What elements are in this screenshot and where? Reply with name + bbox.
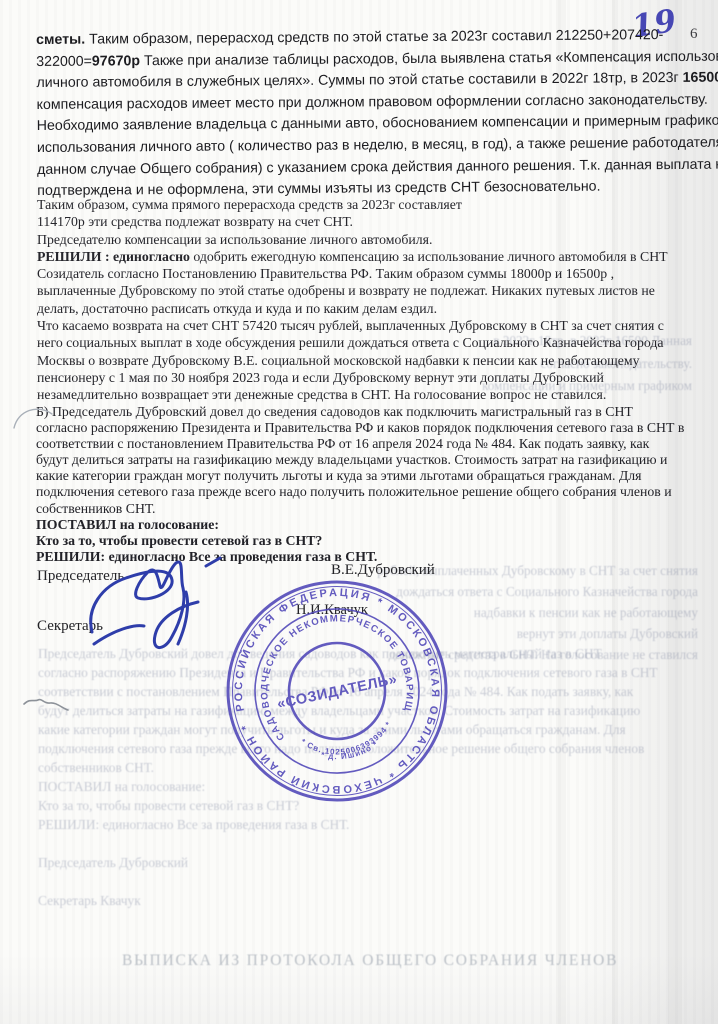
- text-line: подключения сетевого газа прежде всего н…: [36, 484, 716, 500]
- stamp-place: * д. Ишино *: [318, 738, 381, 766]
- text-line: РЕШИЛИ : единогласно одобрить ежегодную …: [37, 248, 713, 265]
- text-line: пенсионеру с 1 мая по 30 ноября 2023 год…: [37, 369, 713, 386]
- text-line: Б) Председатель Дубровский довел до свед…: [36, 404, 716, 420]
- stamp-center-name: «СОЗИДАТЕЛЬ»: [276, 671, 399, 712]
- text-line: соответствии с постановлением Правительс…: [36, 436, 716, 452]
- text-line: Председателю компенсации за использовани…: [37, 231, 713, 248]
- text-line: Что касаемо возврата на счет СНТ 57420 т…: [37, 317, 713, 334]
- text-line: него социальных выплат в ходе обсуждения…: [37, 334, 713, 351]
- paragraph-expenses-overrun: сметы. Таким образом, перерасход средств…: [36, 25, 709, 203]
- text-line: РЕШИЛИ: единогласно Все за проведения га…: [38, 815, 698, 834]
- text-line: [38, 834, 698, 853]
- text-line: 114170р эти средства подлежат возврату н…: [37, 213, 713, 230]
- paragraph-gas-connection: Б) Председатель Дубровский довел до свед…: [36, 404, 716, 565]
- pencil-squiggle-mark: [20, 690, 72, 718]
- svg-text:* д. Ишино *: * д. Ишино *: [318, 738, 381, 766]
- text-line: какие категории граждан могут получить л…: [36, 468, 716, 484]
- text-line: Москвы о возврате Дубровскому В.Е. социа…: [37, 352, 713, 369]
- pen-arc-mark: [10, 396, 56, 440]
- text-line: Секретарь Квачук: [38, 891, 698, 910]
- text-line: Таким образом, сумма прямого перерасхода…: [37, 196, 713, 213]
- text-line: делать, достаточно расписать откуда и ку…: [37, 300, 713, 317]
- bleed-through-footer-title: ВЫПИСКА ИЗ ПРОТОКОЛА ОБЩЕГО СОБРАНИЯ ЧЛЕ…: [122, 952, 618, 970]
- text-line: Созидатель согласно Постановлению Правит…: [37, 265, 713, 282]
- text-line: ПОСТАВИЛ на голосование:: [36, 517, 716, 533]
- text-line: незамедлительно возвращает эти денежные …: [37, 386, 713, 403]
- text-line: Кто за то, чтобы провести сетевой газ в …: [36, 533, 716, 549]
- paragraph-decision-compensation: Таким образом, сумма прямого перерасхода…: [37, 196, 713, 404]
- text-line: будут делиться затраты на газификацию ме…: [36, 452, 716, 468]
- text-line: согласно распоряжению Президента и Прави…: [36, 420, 716, 436]
- text-line: [38, 872, 698, 891]
- text-line: Председатель Дубровский: [38, 853, 698, 872]
- organization-stamp: РОССИЙСКАЯ ФЕДЕРАЦИЯ * МОСКОВСКАЯ ОБЛАСТ…: [203, 557, 471, 825]
- text-line: собственников СНТ.: [36, 501, 716, 517]
- text-line: выплаченные Дубровскому по этой статье о…: [37, 282, 713, 299]
